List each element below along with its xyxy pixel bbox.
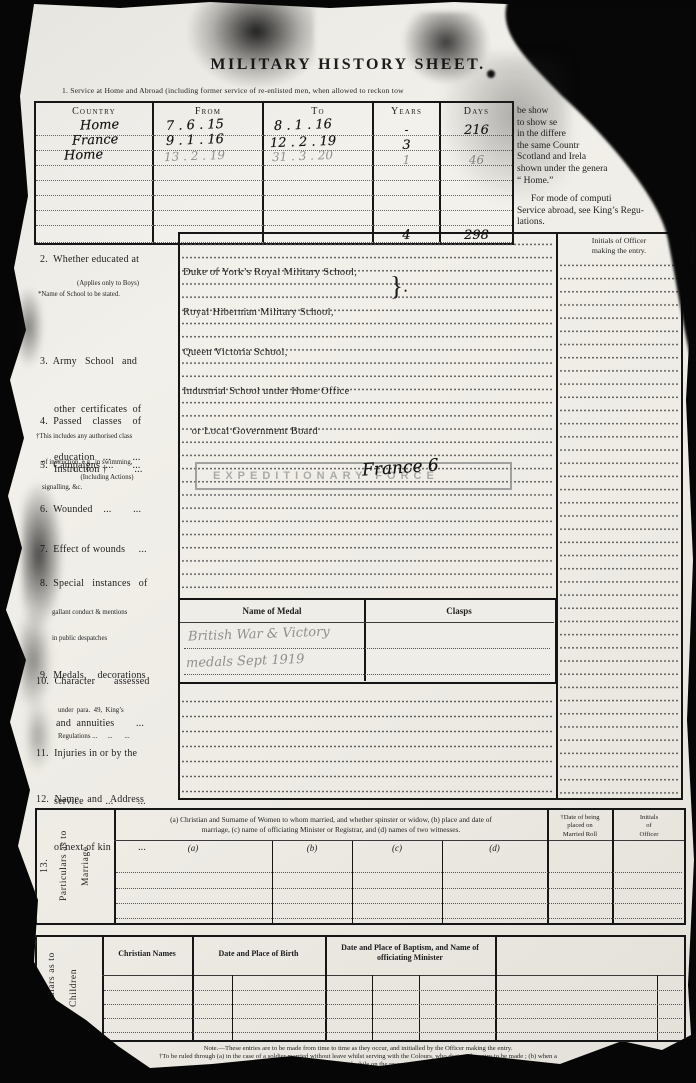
section-5-note: (Including Actions) [52, 474, 162, 483]
marriage-col-letter: (c) [352, 843, 442, 853]
footer-note-line: Note.—These entries are to be made from … [80, 1045, 636, 1053]
section-6-label: 6. Wounded ... ... [40, 502, 141, 518]
ruled-lines-area [181, 696, 554, 796]
margin-note-line: be show [517, 106, 689, 118]
entry-from: 13 . 2 . 19 [164, 148, 226, 164]
children-col-header-line: Date and Place of Baptism, and Name of [325, 943, 495, 953]
marriage-header-text: (a) Christian and Surname of Women to wh… [121, 815, 541, 834]
section-2-note: (Applies only to Boys) [42, 280, 174, 289]
children-sub-divider [419, 975, 420, 1040]
main-box-left-border [178, 232, 180, 800]
marriage-col-divider [442, 841, 443, 923]
marriage-label-divider [114, 810, 116, 923]
marriage-initials-divider [612, 810, 614, 923]
children-col-header: Christian Names [102, 949, 192, 958]
children-side-label: Particulars as to [47, 939, 57, 1037]
medal-header-underline [180, 622, 554, 623]
service-row-empty [36, 181, 512, 196]
medal-table: Name of Medal Clasps British War & Victo… [178, 598, 557, 684]
medal-dotted-line [184, 648, 550, 649]
margin-note-line: shown under the genera [517, 164, 689, 176]
children-dotted-line [104, 1004, 682, 1005]
footer-note-line: soldier is married while on the reserve. [80, 1061, 636, 1069]
entry-country: Home [64, 147, 104, 163]
medal-handwriting: medals Sept 1919 [186, 652, 305, 671]
marriage-col-divider [352, 841, 353, 923]
entry-days: 46 [469, 153, 484, 167]
service-row-empty [36, 211, 512, 226]
section-2-schools: Duke of York’s Royal Military School, Ro… [183, 240, 357, 464]
page-subtitle: 1. Service at Home and Abroad (including… [62, 86, 622, 95]
section-4-footnote: signalling, &c. [36, 484, 132, 493]
school-line: Royal Hibernian Military School, [183, 306, 357, 319]
marriage-side-label: Marriage [81, 812, 91, 920]
footer-note-line: †To be ruled through (a) in the case of … [80, 1053, 636, 1061]
medal-dotted-line [184, 674, 550, 675]
school-line: Industrial School under Home Office [183, 385, 357, 398]
marriage-dotted-line [116, 903, 682, 904]
children-sub-divider [657, 975, 658, 1040]
main-box-right-border [681, 232, 683, 800]
medal-handwriting: British War & Victory [188, 625, 330, 645]
clasps-col-header: Clasps [365, 606, 553, 616]
marriage-dotted-line [116, 872, 682, 873]
children-table: Particulars as to Children Christian Nam… [35, 935, 686, 1042]
children-sub-divider [372, 975, 373, 1040]
service-row-empty [36, 196, 512, 211]
section-3-label: 3. Army School and [40, 354, 141, 370]
expeditionary-force-stamp: EXPEDITIONARY FORCE [195, 462, 512, 490]
marriage-col-letter: (b) [272, 843, 352, 853]
children-col-header: Date and Place of Baptism, and Name of o… [325, 943, 495, 963]
main-box-bottom-border [178, 798, 683, 800]
officer-initials-header-line: Initials of Officer [558, 236, 680, 246]
school-line: or Local Government Board [183, 425, 357, 438]
medal-col-header: Name of Medal [180, 606, 364, 616]
service-row: Home 13 . 2 . 19 31 . 3 . 20 1 46 [36, 151, 512, 166]
children-dotted-line [104, 1018, 682, 1019]
page-title: MILITARY HISTORY SHEET. [148, 56, 548, 74]
marriage-section-number: 13. [39, 812, 50, 920]
section-4-footnote: †This includes any authorised class [36, 433, 132, 442]
married-roll-header-line: Married Roll [549, 831, 611, 839]
marriage-table: 13. Particulars as to Marriage (a) Chris… [35, 808, 686, 925]
margin-note-line: For mode of computi [517, 194, 689, 206]
margin-note-line: to show se [517, 118, 689, 130]
officer-initials-header: Initials of Officer making the entry. [558, 236, 680, 255]
children-side-label: Children [69, 939, 79, 1037]
marriage-dotted-line [116, 918, 682, 919]
margin-note-line: Scotland and Irela [517, 152, 689, 164]
section-8-label: 8. Special instances of [40, 576, 148, 592]
marriage-dotted-line [116, 888, 682, 889]
officer-initials-ruled-area [559, 260, 679, 796]
entry-to: 31 . 3 . 20 [272, 148, 334, 164]
marriage-side-label: Particulars as to [59, 812, 69, 920]
children-header-underline [102, 975, 684, 976]
section-2-note: *Name of School to be stated. [38, 291, 120, 300]
marriage-roll-divider [547, 810, 549, 923]
main-box-top-border [178, 232, 683, 234]
paper-sheet: MILITARY HISTORY SHEET. 1. Service at Ho… [0, 0, 696, 1083]
marriage-col-divider [272, 841, 273, 923]
children-col-divider [325, 937, 327, 1040]
marriage-header-line: marriage, (c) name of officiating Minist… [121, 825, 541, 835]
entry-years: - [404, 123, 408, 137]
margin-note: be show to show se in the differe the sa… [517, 106, 689, 229]
col-header-days: Days [441, 103, 512, 121]
marriage-col-letter: (a) [114, 843, 272, 853]
section-7-label: 7. Effect of wounds ... [40, 542, 147, 558]
margin-note-line: “ Home.” [517, 176, 689, 188]
marriage-initials-header-line: Initials [615, 814, 683, 822]
children-col-header-line: officiating Minister [325, 953, 495, 963]
school-line: Duke of York’s Royal Military School, [183, 266, 357, 279]
marriage-header-underline [114, 840, 684, 841]
entry-country: France [72, 132, 119, 149]
children-col-divider [495, 937, 497, 1040]
entry-to: 8 . 1 . 16 [274, 117, 332, 134]
service-row-empty [36, 166, 512, 181]
children-dotted-line [104, 990, 682, 991]
section-8-note: gallant conduct & mentions [52, 609, 127, 618]
marriage-col-letter: (d) [442, 843, 547, 853]
marriage-initials-header-line: of [615, 822, 683, 830]
children-col-divider [192, 937, 194, 1040]
children-col-header: Date and Place of Birth [192, 949, 325, 958]
officer-initials-header-line: making the entry. [558, 246, 680, 256]
married-roll-header-line: placed on [549, 822, 611, 830]
col-header-years: Years [374, 103, 441, 121]
section-10-label: 10. Character assessed [36, 674, 150, 690]
scanned-page: MILITARY HISTORY SHEET. 1. Service at Ho… [0, 0, 696, 1083]
margin-note-line: in the differe [517, 129, 689, 141]
entry-from: 9 . 1 . 16 [166, 132, 224, 149]
children-dotted-line [104, 1032, 682, 1033]
marriage-header-line: (a) Christian and Surname of Women to wh… [121, 815, 541, 825]
service-table: Country From To Years Days Home 7 . 6 . … [34, 101, 514, 245]
married-roll-header: †Date of being placed on Married Roll [549, 814, 611, 839]
marriage-initials-header: Initials of Officer [615, 814, 683, 839]
children-sub-divider [232, 975, 233, 1040]
section-2-label: 2. Whether educated at [40, 252, 139, 268]
section-5-label: 5. Campaigns ... ... [40, 458, 141, 474]
margin-note-line: the same Countr [517, 141, 689, 153]
service-row: France 9 . 1 . 16 12 . 2 . 19 3 [36, 136, 512, 151]
entry-country: Home [80, 117, 120, 133]
margin-note-line: Service abroad, see King’s Regu- [517, 206, 689, 218]
school-line: Queen Victoria School, [183, 346, 357, 359]
margin-note-line: lations. [517, 217, 689, 229]
marriage-initials-header-line: Officer [615, 831, 683, 839]
married-roll-header-line: †Date of being [549, 814, 611, 822]
footer-note: Note.—These entries are to be made from … [80, 1045, 636, 1070]
entry-years: 1 [403, 153, 411, 167]
main-box-mid-border [556, 232, 558, 800]
brace-glyph: } [390, 271, 403, 302]
bullet-glyph: • [404, 286, 407, 296]
section-12-label: 12. Name and Address [36, 792, 146, 808]
